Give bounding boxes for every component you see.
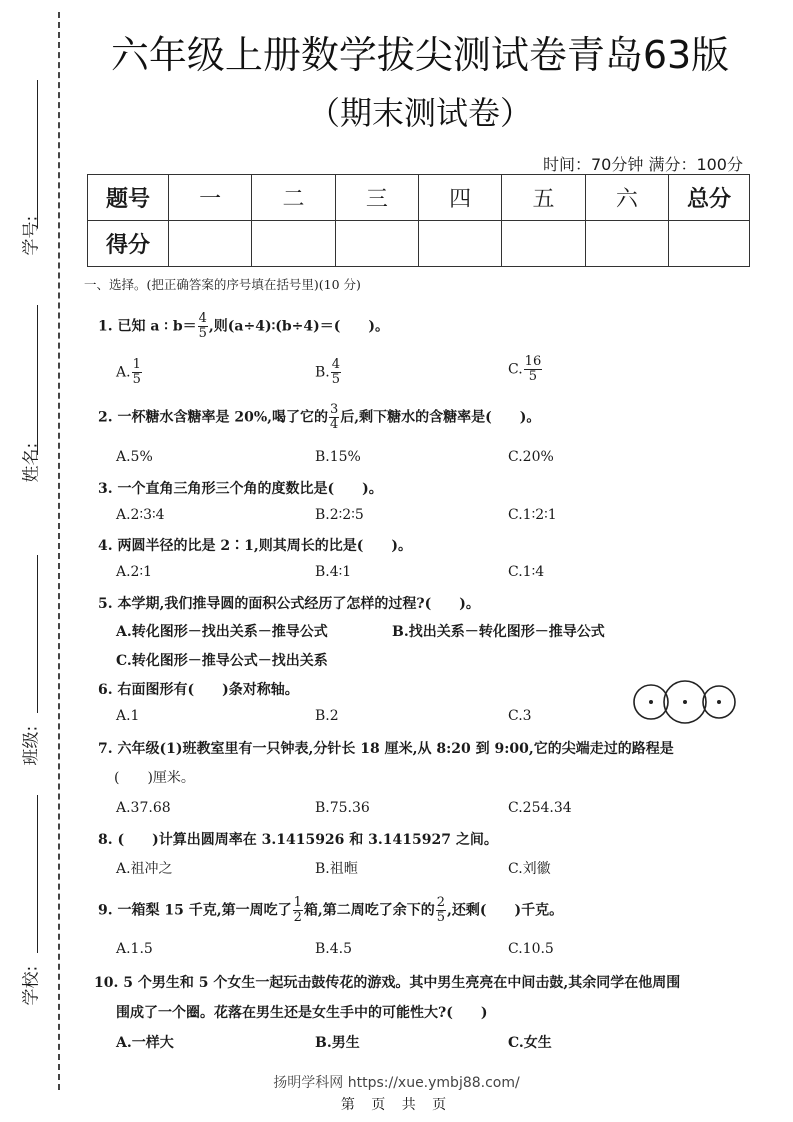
q8-option-a[interactable]: A.祖冲之 bbox=[116, 858, 173, 878]
cell-section-4: 四 bbox=[418, 175, 501, 221]
q3-option-a[interactable]: A.2∶3∶4 bbox=[116, 507, 165, 523]
q2-option-b[interactable]: B.15% bbox=[315, 449, 361, 465]
score-input-6[interactable] bbox=[585, 221, 668, 267]
cell-total: 总分 bbox=[669, 175, 750, 221]
score-table-score-row: 得分 bbox=[88, 221, 750, 267]
q10-option-b[interactable]: B.男生 bbox=[315, 1032, 360, 1052]
q10-option-a[interactable]: A.一样大 bbox=[116, 1032, 174, 1052]
fraction: 34 bbox=[329, 403, 339, 432]
q1-option-b[interactable]: B.45 bbox=[315, 358, 342, 387]
question-8: 8. ( )计算出圆周率在 3.1415926 和 3.1415927 之间。 bbox=[98, 829, 498, 849]
score-input-5[interactable] bbox=[502, 221, 585, 267]
section-1-title: 一、选择。(把正确答案的序号填在括号里)(10 分) bbox=[84, 275, 361, 293]
fraction: 45 bbox=[198, 312, 208, 341]
class-line bbox=[37, 555, 38, 713]
cell-section-1: 一 bbox=[169, 175, 252, 221]
question-text: 1. 已知 a ∶ b＝ bbox=[98, 319, 197, 335]
cell-question-number: 题号 bbox=[88, 175, 169, 221]
score-input-4[interactable] bbox=[418, 221, 501, 267]
q1-option-a[interactable]: A.15 bbox=[116, 358, 143, 387]
q4-option-b[interactable]: B.4∶1 bbox=[315, 564, 351, 580]
cell-section-2: 二 bbox=[252, 175, 335, 221]
q4-option-a[interactable]: A.2∶1 bbox=[116, 564, 152, 580]
question-9: 9. 一箱梨 15 千克,第一周吃了12箱,第二周吃了余下的25,还剩( )千克… bbox=[98, 896, 563, 925]
student-id-line bbox=[37, 80, 38, 228]
footer-site-link[interactable]: 扬明学科网 https://xue.ymbj88.com/ bbox=[0, 1072, 793, 1092]
page-title: 六年级上册数学拔尖测试卷青岛63版 bbox=[80, 24, 760, 79]
question-6: 6. 右面图形有( )条对称轴。 bbox=[98, 679, 299, 699]
q10-option-c[interactable]: C.女生 bbox=[508, 1032, 552, 1052]
score-table-header-row: 题号 一 二 三 四 五 六 总分 bbox=[88, 175, 750, 221]
question-7-continued: ( )厘米。 bbox=[114, 767, 195, 787]
score-table: 题号 一 二 三 四 五 六 总分 得分 bbox=[87, 174, 750, 267]
q3-option-c[interactable]: C.1∶2∶1 bbox=[508, 507, 557, 523]
three-circles-figure bbox=[632, 680, 738, 726]
question-1: 1. 已知 a ∶ b＝45,则(a÷4)∶(b÷4)＝( )。 bbox=[98, 312, 389, 341]
q8-option-c[interactable]: C.刘徽 bbox=[508, 858, 551, 878]
question-10-continued: 围成了一个圈。花落在男生还是女生手中的可能性大?( ) bbox=[116, 1002, 487, 1022]
footer-page-number: 第 页 共 页 bbox=[0, 1094, 793, 1114]
question-5: 5. 本学期,我们推导圆的面积公式经历了怎样的过程?( )。 bbox=[98, 593, 480, 613]
school-label: 学校: bbox=[17, 976, 42, 1006]
cell-section-3: 三 bbox=[335, 175, 418, 221]
q5-option-c[interactable]: C.转化图形－推导公式－找出关系 bbox=[116, 650, 328, 670]
fraction: 25 bbox=[436, 896, 446, 925]
cell-score-label: 得分 bbox=[88, 221, 169, 267]
score-input-1[interactable] bbox=[169, 221, 252, 267]
q9-option-b[interactable]: B.4.5 bbox=[315, 941, 352, 957]
question-3: 3. 一个直角三角形三个角的度数比是( )。 bbox=[98, 478, 383, 498]
q9-option-a[interactable]: A.1.5 bbox=[116, 941, 153, 957]
question-7: 7. 六年级(1)班教室里有一只钟表,分针长 18 厘米,从 8:20 到 9:… bbox=[98, 738, 674, 758]
page-subtitle: （期末测试卷） bbox=[80, 88, 760, 134]
q2-option-c[interactable]: C.20% bbox=[508, 449, 554, 465]
q4-option-c[interactable]: C.1∶4 bbox=[508, 564, 544, 580]
school-line bbox=[37, 795, 38, 953]
q6-option-a[interactable]: A.1 bbox=[116, 708, 139, 724]
class-label: 班级: bbox=[17, 736, 42, 766]
question-2: 2. 一杯糖水含糖率是 20%,喝了它的34后,剩下糖水的含糖率是( )。 bbox=[98, 403, 540, 432]
q6-option-c[interactable]: C.3 bbox=[508, 708, 532, 724]
score-input-2[interactable] bbox=[252, 221, 335, 267]
q9-option-c[interactable]: C.10.5 bbox=[508, 941, 554, 957]
fraction: 12 bbox=[293, 896, 303, 925]
cell-section-5: 五 bbox=[502, 175, 585, 221]
question-10: 10. 5 个男生和 5 个女生一起玩击鼓传花的游戏。其中男生亮亮在中间击鼓,其… bbox=[94, 972, 680, 992]
q8-option-b[interactable]: B.祖暅 bbox=[315, 858, 358, 878]
q7-option-c[interactable]: C.254.34 bbox=[508, 800, 572, 816]
q7-option-a[interactable]: A.37.68 bbox=[116, 800, 171, 816]
cell-section-6: 六 bbox=[585, 175, 668, 221]
question-text: ,则(a÷4)∶(b÷4)＝( )。 bbox=[209, 319, 389, 335]
name-line bbox=[37, 305, 38, 455]
score-input-3[interactable] bbox=[335, 221, 418, 267]
time-info: 时间：70分钟 满分：100分 bbox=[543, 152, 743, 175]
name-label: 姓名: bbox=[17, 453, 42, 483]
q5-option-b[interactable]: B.找出关系－转化图形－推导公式 bbox=[392, 621, 605, 641]
question-4: 4. 两圆半径的比是 2∶1,则其周长的比是( )。 bbox=[98, 535, 412, 555]
q3-option-b[interactable]: B.2∶2∶5 bbox=[315, 507, 364, 523]
q7-option-b[interactable]: B.75.36 bbox=[315, 800, 370, 816]
binding-dashed-line bbox=[58, 12, 60, 1090]
student-id-label: 学号: bbox=[17, 226, 42, 256]
q6-option-b[interactable]: B.2 bbox=[315, 708, 339, 724]
q1-option-c[interactable]: C.165 bbox=[508, 355, 543, 384]
q5-option-a[interactable]: A.转化图形－找出关系－推导公式 bbox=[116, 621, 328, 641]
q2-option-a[interactable]: A.5% bbox=[116, 449, 153, 465]
score-input-total[interactable] bbox=[669, 221, 750, 267]
